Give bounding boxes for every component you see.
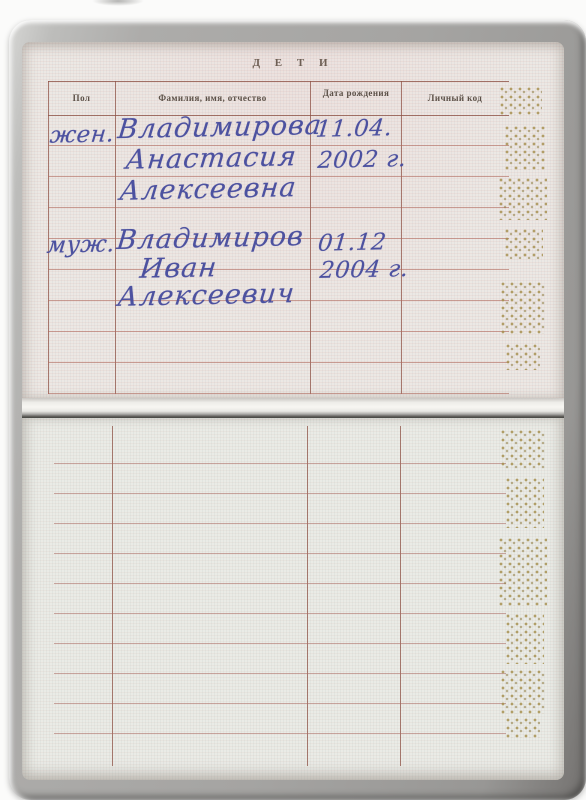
entry-1-birth-year: 2002 г. <box>317 146 408 174</box>
perforation-dots <box>506 478 544 528</box>
background-smudge <box>92 0 144 6</box>
entry-1-birth-day-month: 11.04. <box>315 115 394 143</box>
perforation-dots <box>506 614 544 664</box>
children-page-bottom <box>22 418 564 780</box>
perforation-dots <box>506 718 540 738</box>
ruled-lines <box>54 463 506 734</box>
entry-2-patronymic: Алексеевич <box>116 278 296 313</box>
perforation-dots <box>505 229 543 259</box>
section-title: Д Е Т И <box>22 57 564 69</box>
perforation-dots <box>501 282 545 334</box>
column-header-birth: Дата рождения <box>321 88 391 99</box>
children-page-top: Д Е Т И Пол Фамилия, имя, отчество Дата … <box>22 42 564 398</box>
column-header-name: Фамилия, имя, отчество <box>115 93 310 104</box>
perforation-dots <box>499 178 547 220</box>
entry-1-patronymic: Алексеевна <box>118 172 298 207</box>
perforation-dots <box>505 126 545 170</box>
column-header-sex: Пол <box>48 93 115 104</box>
passport-photo: Д Е Т И Пол Фамилия, имя, отчество Дата … <box>0 0 586 800</box>
perforation-dots <box>499 538 547 606</box>
page-fold <box>22 398 564 418</box>
entry-1-surname: Владимирова <box>116 110 323 145</box>
perforation-dots <box>501 430 545 470</box>
entry-2-sex: муж. <box>46 231 117 258</box>
entry-2-surname: Владимиров <box>115 221 305 256</box>
open-booklet-pages: Д Е Т И Пол Фамилия, имя, отчество Дата … <box>22 42 564 780</box>
entry-1-sex: жен. <box>49 121 116 148</box>
column-header-code: Личный код <box>401 93 509 104</box>
table-top-border <box>48 81 509 82</box>
entry-2-birth-day-month: 01.12 <box>317 229 388 256</box>
perforation-dots <box>506 344 540 370</box>
entry-2-birth-year: 2004 г. <box>319 256 410 284</box>
entry-1-given-name: Анастасия <box>124 141 298 176</box>
perforation-dots <box>501 670 545 714</box>
perforation-dots <box>500 87 542 115</box>
